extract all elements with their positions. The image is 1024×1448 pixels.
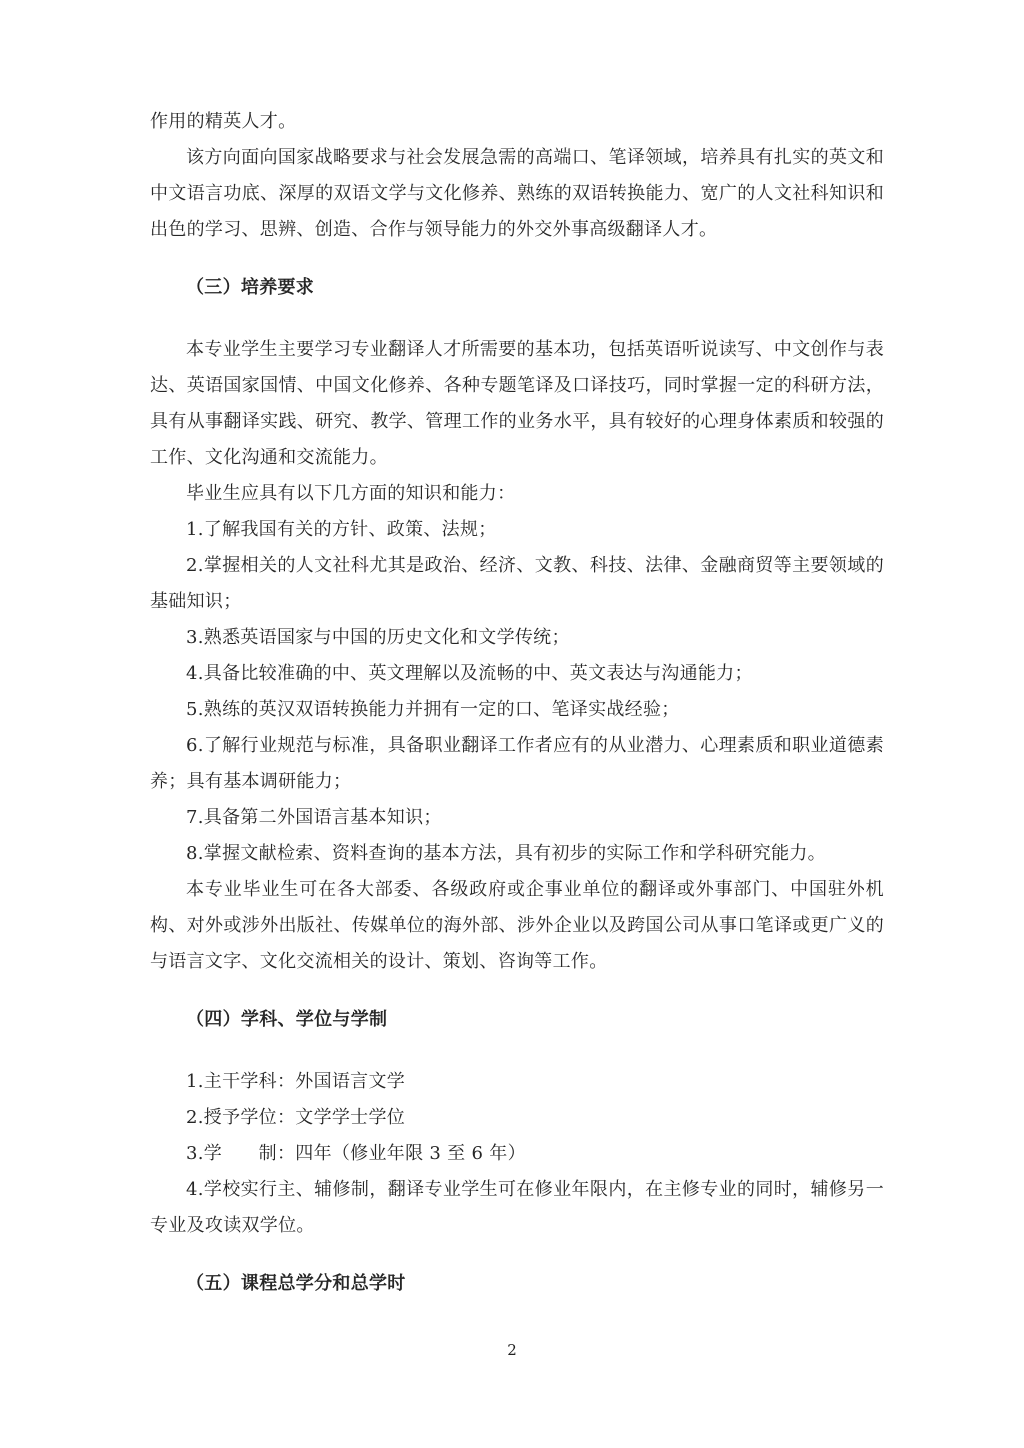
paragraph: 2.授予学位：文学学士学位 [150,1100,884,1136]
paragraph: 3.熟悉英语国家与中国的历史文化和文学传统； [150,620,884,656]
paragraph: 1.了解我国有关的方针、政策、法规； [150,512,884,548]
document-body: 作用的精英人才。该方向面向国家战略要求与社会发展急需的高端口、笔译领域，培养具有… [150,104,884,1328]
document-page: 作用的精英人才。该方向面向国家战略要求与社会发展急需的高端口、笔译领域，培养具有… [0,0,1024,1448]
section-heading: （五）课程总学分和总学时 [150,1266,884,1302]
paragraph: 1.主干学科：外国语言文学 [150,1064,884,1100]
section-heading: （四）学科、学位与学制 [150,1002,884,1038]
paragraph: 4.学校实行主、辅修制，翻译专业学生可在修业年限内，在主修专业的同时，辅修另一专… [150,1172,884,1244]
paragraph: 毕业生应具有以下几方面的知识和能力： [150,476,884,512]
paragraph: 作用的精英人才。 [150,104,884,140]
paragraph: 本专业毕业生可在各大部委、各级政府或企事业单位的翻译或外事部门、中国驻外机构、对… [150,872,884,980]
paragraph: 8.掌握文献检索、资料查询的基本方法，具有初步的实际工作和学科研究能力。 [150,836,884,872]
paragraph: 2.掌握相关的人文社科尤其是政治、经济、文教、科技、法律、金融商贸等主要领域的基… [150,548,884,620]
page-number: 2 [0,1340,1024,1360]
section-heading: （三）培养要求 [150,270,884,306]
paragraph: 4.具备比较准确的中、英文理解以及流畅的中、英文表达与沟通能力； [150,656,884,692]
paragraph: 该方向面向国家战略要求与社会发展急需的高端口、笔译领域，培养具有扎实的英文和中文… [150,140,884,248]
paragraph: 3.学 制：四年（修业年限 3 至 6 年） [150,1136,884,1172]
paragraph: 本专业学生主要学习专业翻译人才所需要的基本功，包括英语听说读写、中文创作与表达、… [150,332,884,476]
paragraph: 5.熟练的英汉双语转换能力并拥有一定的口、笔译实战经验； [150,692,884,728]
paragraph: 7.具备第二外国语言基本知识； [150,800,884,836]
paragraph: 6.了解行业规范与标准，具备职业翻译工作者应有的从业潜力、心理素质和职业道德素养… [150,728,884,800]
